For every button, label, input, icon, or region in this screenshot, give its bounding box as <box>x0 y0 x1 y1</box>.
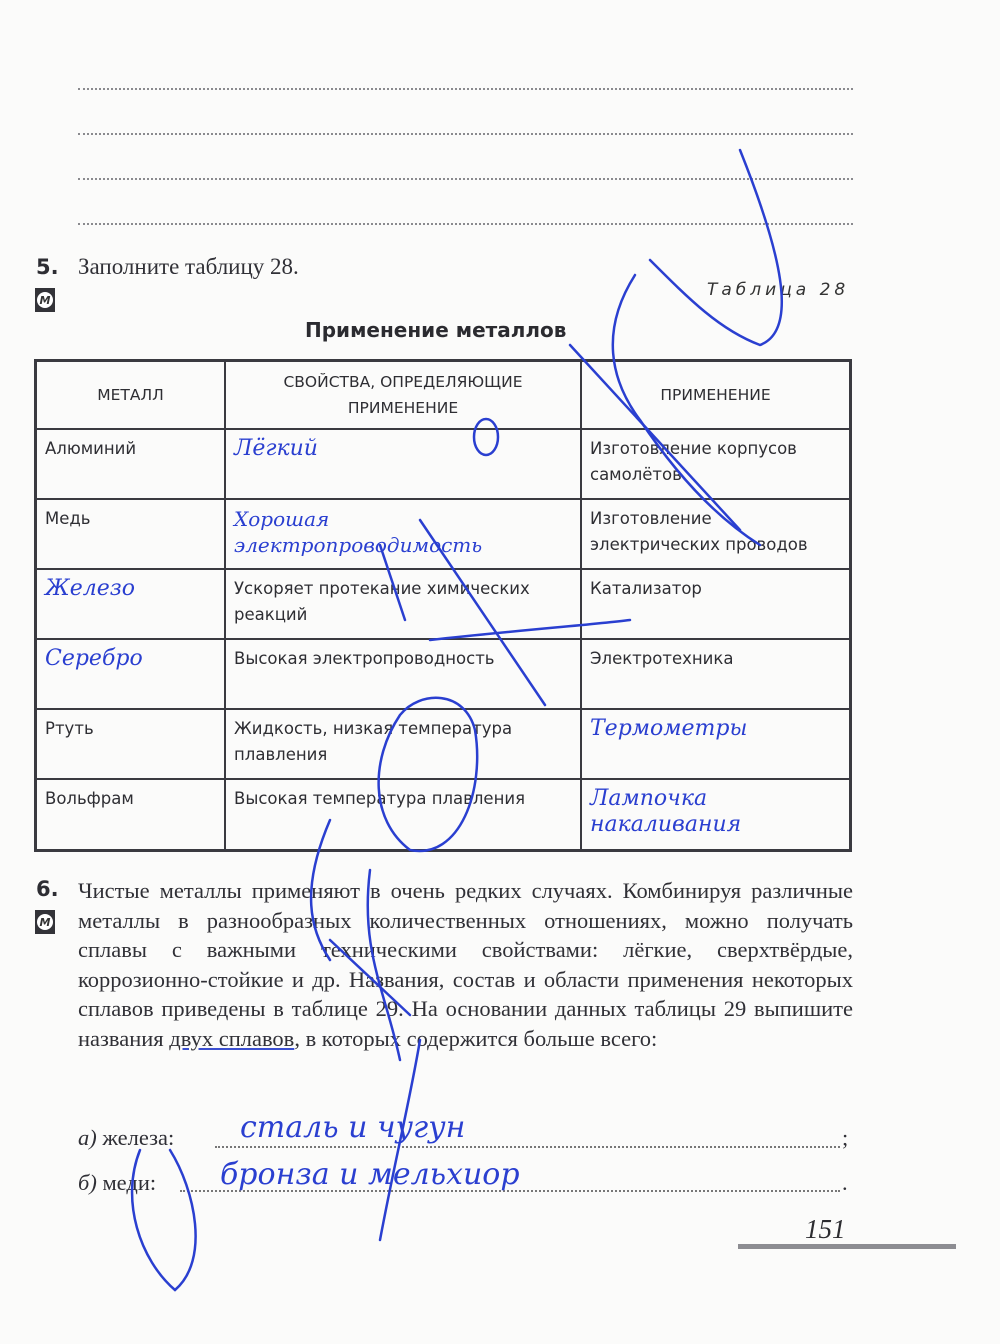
table-title: Применение металлов <box>305 318 566 342</box>
task-5-number: 5. <box>36 255 59 279</box>
task-6-number: 6. <box>36 877 59 901</box>
page-number: 151 <box>805 1214 846 1245</box>
properties-cell-handwritten[interactable]: Хорошая электропроводимость <box>225 499 581 569</box>
answer-line[interactable] <box>78 178 853 180</box>
properties-cell: Высокая температура плавления <box>225 779 581 851</box>
answer-b-label: б) меди: <box>78 1170 156 1196</box>
metal-cell-handwritten[interactable]: Серебро <box>36 639 226 709</box>
application-cell: Катализатор <box>581 569 851 639</box>
header-properties: СВОЙСТВА, ОПРЕДЕЛЯЮЩИЕ ПРИМЕНЕНИЕ <box>225 361 581 429</box>
metal-cell: Ртуть <box>36 709 226 779</box>
m-badge-icon: M <box>35 288 55 312</box>
table-header-row: МЕТАЛЛ СВОЙСТВА, ОПРЕДЕЛЯЮЩИЕ ПРИМЕНЕНИЕ… <box>36 361 851 429</box>
table-row: Серебро Высокая электропроводность Элект… <box>36 639 851 709</box>
underlined-phrase: двух сплавов <box>169 1026 294 1051</box>
application-cell-handwritten[interactable]: Лампочка накаливания <box>581 779 851 851</box>
table-row: Медь Хорошая электропроводимость Изготов… <box>36 499 851 569</box>
answer-b-handwritten[interactable]: бронза и мельхиор <box>220 1157 520 1192</box>
application-cell: Электротехника <box>581 639 851 709</box>
answer-a-handwritten[interactable]: сталь и чугун <box>240 1110 465 1145</box>
answer-a-label: а) железа: <box>78 1125 174 1151</box>
application-cell: Изготовление электрических проводов <box>581 499 851 569</box>
table-row: Ртуть Жидкость, низкая температура плавл… <box>36 709 851 779</box>
answer-b-end: . <box>842 1170 848 1196</box>
table-row: Железо Ускоряет протекание химических ре… <box>36 569 851 639</box>
page-number-rule <box>738 1244 956 1249</box>
application-cell: Изготовление корпусов самолётов <box>581 429 851 499</box>
metal-cell: Медь <box>36 499 226 569</box>
task-6-text: Чистые металлы применяют в очень редких … <box>78 876 853 1053</box>
properties-cell: Жидкость, низкая температура плавления <box>225 709 581 779</box>
task-5-prompt: Заполните таблицу 28. <box>78 254 299 280</box>
answer-line[interactable] <box>78 133 853 135</box>
properties-cell: Высокая электропроводность <box>225 639 581 709</box>
properties-cell-handwritten[interactable]: Лёгкий <box>225 429 581 499</box>
properties-cell: Ускоряет протекание химических реакций <box>225 569 581 639</box>
metal-cell-handwritten[interactable]: Железо <box>36 569 226 639</box>
header-metal: МЕТАЛЛ <box>36 361 226 429</box>
answer-line[interactable] <box>78 223 853 225</box>
m-badge-icon: M <box>35 910 55 934</box>
table-caption: Таблица 28 <box>707 280 849 300</box>
table-row: Алюминий Лёгкий Изготовление корпусов са… <box>36 429 851 499</box>
answer-a-line[interactable] <box>215 1146 840 1148</box>
answer-line[interactable] <box>78 88 853 90</box>
metal-cell: Вольфрам <box>36 779 226 851</box>
metals-table: МЕТАЛЛ СВОЙСТВА, ОПРЕДЕЛЯЮЩИЕ ПРИМЕНЕНИЕ… <box>34 359 852 852</box>
application-cell-handwritten[interactable]: Термометры <box>581 709 851 779</box>
header-application: ПРИМЕНЕНИЕ <box>581 361 851 429</box>
metal-cell: Алюминий <box>36 429 226 499</box>
answer-a-end: ; <box>842 1125 848 1151</box>
table-row: Вольфрам Высокая температура плавления Л… <box>36 779 851 851</box>
